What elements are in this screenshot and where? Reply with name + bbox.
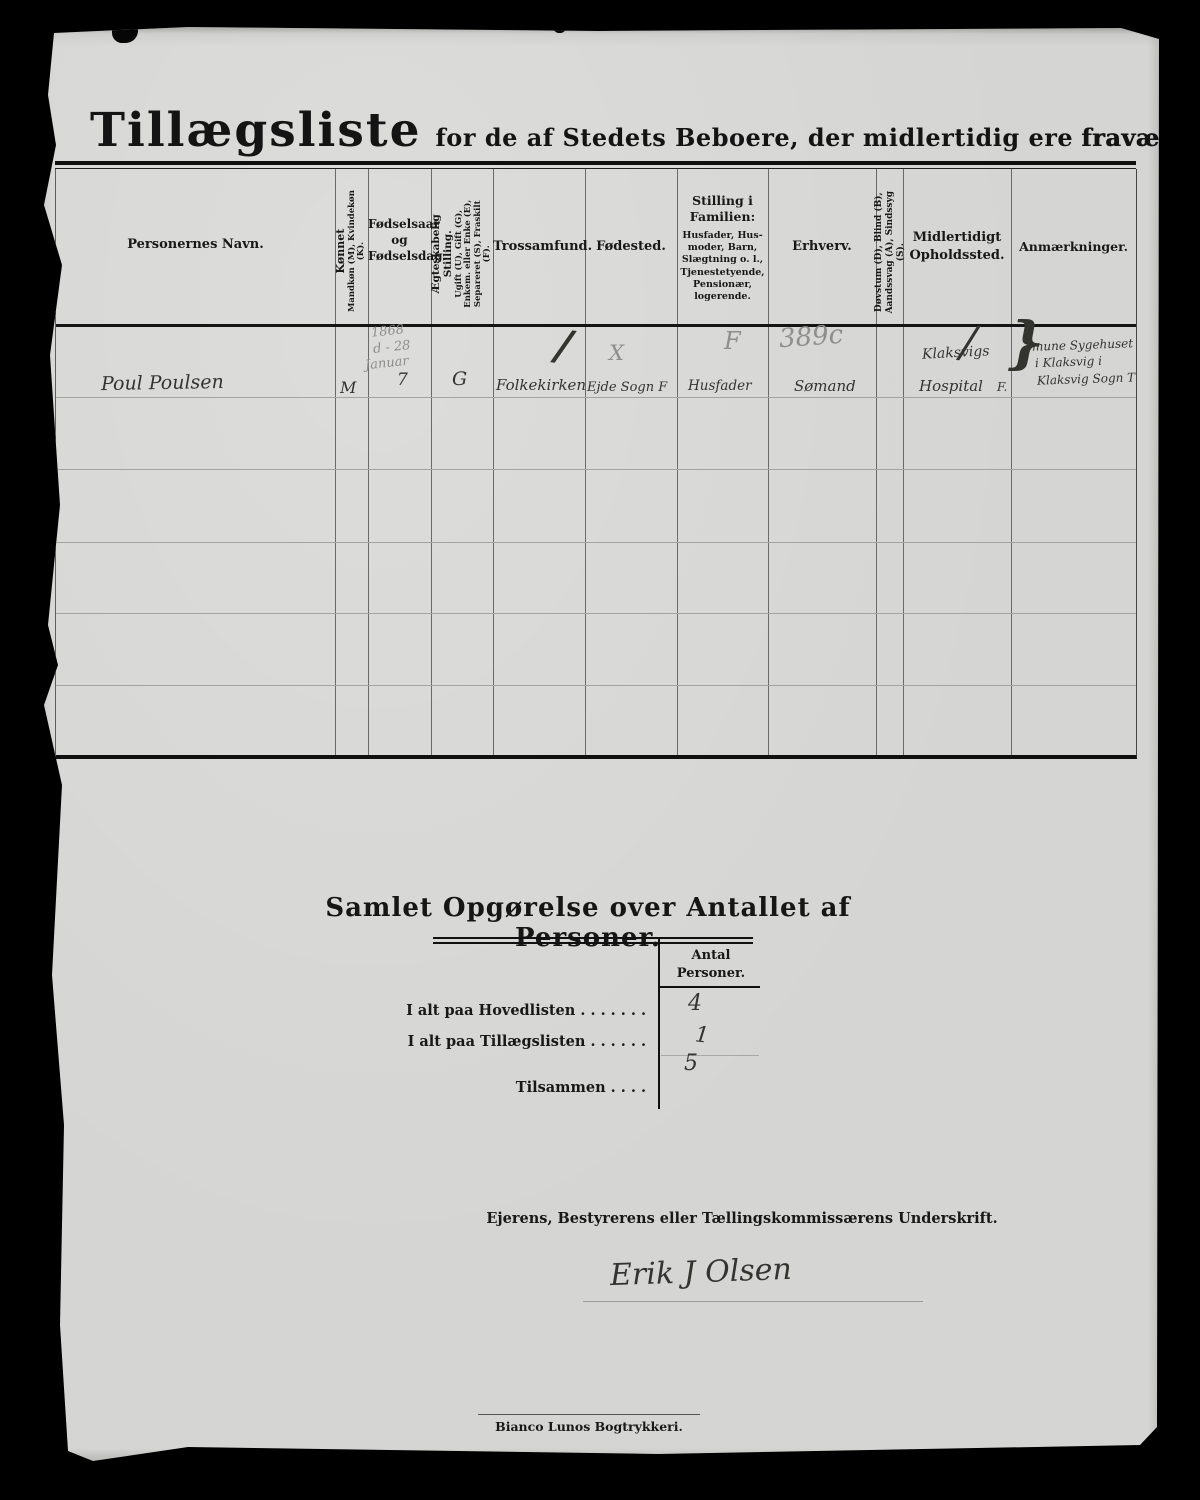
row-line: [56, 613, 1136, 614]
entry-birth-mark: 7: [397, 370, 408, 390]
entry-occupation-pencil: 389c: [778, 320, 844, 354]
census-form-page: Tillægslistefor de af Stedets Beboere, d…: [38, 25, 1160, 1462]
entry-family-position-pencil: F: [724, 327, 741, 355]
entry-birthplace-pencil: X: [609, 341, 624, 365]
entry-faith: Folkekirken: [496, 376, 586, 394]
title-word: Tillægsliste: [90, 103, 421, 158]
column-divider: [1011, 169, 1012, 755]
column-header-disabilities: Døvstum (D), Blind (B), Aands­svag (A), …: [874, 186, 906, 318]
column-header-occupation: Erhverv.: [768, 239, 876, 254]
page-title: Tillægslistefor de af Stedets Beboere, d…: [90, 103, 1200, 158]
entry-occupation: Sømand: [794, 377, 856, 395]
entry-remarks-line3: Klaksvig Sogn T: [1037, 370, 1136, 387]
column-header-birthdate: Fødselsaar og Fødselsdag.: [368, 216, 431, 265]
row-line: [56, 685, 1136, 686]
column-header-remarks: Anmærkninger.: [1011, 239, 1136, 254]
column-header-sex: Kønnet Mandkøn (M), Kvindekøn (K).: [335, 181, 367, 321]
scan-speck: [112, 17, 138, 43]
column-divider: [585, 169, 586, 755]
column-header-birthplace: Fødested.: [585, 239, 677, 254]
column-header-faith: Trossamfund.: [493, 239, 585, 254]
entry-stay-line1: Klaksvigs: [922, 343, 990, 363]
entry-birthplace: Ejde Sogn F: [587, 380, 667, 395]
entry-remarks-line2: i Klaksvig i: [1035, 354, 1102, 370]
summary-title: Samlet Opgørelse over Antallet af Person…: [288, 893, 888, 953]
summary-mainlist-label: I alt paa Hovedlisten . . . . . . .: [328, 1002, 646, 1019]
entry-family-position: Husfader: [688, 378, 752, 394]
column-divider: [493, 169, 494, 755]
summary-vertical-line: [658, 937, 660, 1109]
entry-birth-year-pencil: 1868: [370, 322, 404, 340]
signature-caption: Ejerens, Bestyrerens eller Tællingskommi…: [472, 1210, 1012, 1227]
scanner-background: Tillægslistefor de af Stedets Beboere, d…: [0, 0, 1200, 1500]
column-divider: [768, 169, 769, 755]
summary-count-header: Antal Personer.: [662, 947, 760, 982]
row-line: [56, 542, 1136, 543]
entry-sex: M: [340, 378, 356, 397]
title-rule: [55, 161, 1136, 169]
row-line: [56, 469, 1136, 470]
summary-supplement-value: 1: [694, 1022, 711, 1048]
entry-marital-status: G: [452, 368, 467, 390]
scan-speck: [553, 15, 567, 33]
column-header-temporary-residence: Midlertidigt Opholdssted.: [903, 229, 1011, 265]
row-line: [56, 397, 1136, 398]
census-table: Personernes Navn. Kønnet Mandkøn (M), Kv…: [55, 169, 1137, 759]
summary-total-label: Tilsammen . . . .: [328, 1079, 646, 1096]
entry-remarks-line1: mune Sygehuset: [1032, 336, 1134, 354]
summary-rule: [433, 937, 753, 944]
summary-sum-line: [661, 1055, 759, 1056]
summary-count-header-rule: [660, 986, 760, 988]
summary-supplement-label: I alt paa Tillægslisten . . . . . .: [328, 1033, 646, 1050]
entry-faith-tally-mark: /: [553, 320, 575, 371]
summary-total-value: 5: [684, 1051, 698, 1076]
footer-line: [478, 1414, 700, 1415]
summary-mainlist-value: 4: [688, 991, 702, 1016]
printer-imprint: Bianco Lunos Bogtrykkeri.: [468, 1419, 710, 1434]
signature-name: Erik J Olsen: [609, 1252, 792, 1293]
entry-stay-mark: F.: [997, 380, 1007, 394]
column-header-name: Personernes Navn.: [56, 237, 335, 252]
title-subtext: for de af Stedets Beboere, der midlertid…: [435, 123, 1073, 152]
column-header-family-position: Stilling i Familien: Husfader, Hus­moder…: [677, 193, 768, 304]
title-emphasis: fraværende.: [1081, 123, 1200, 152]
entry-name: Poul Poulsen: [101, 371, 224, 395]
signature-line: [583, 1301, 923, 1302]
entry-stay-tally-mark: /: [959, 316, 978, 368]
entry-stay-line2: Hospital: [919, 377, 983, 395]
column-header-marital-status: Ægteskabelig Stilling. Ugift (U), Gift (…: [431, 194, 493, 314]
